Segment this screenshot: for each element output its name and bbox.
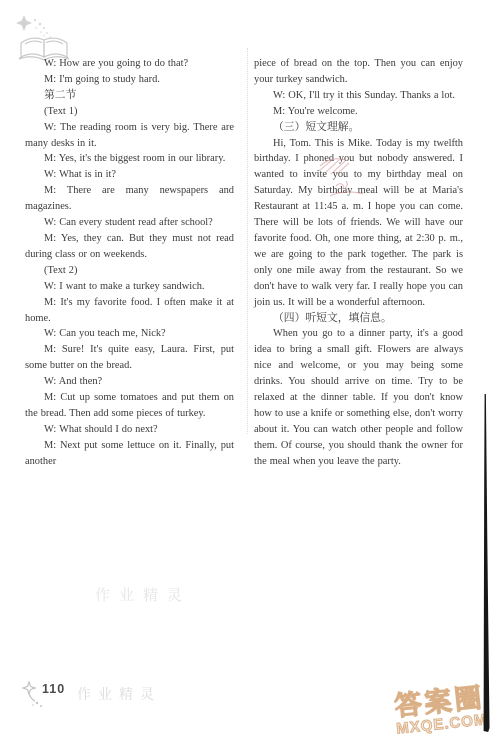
text-line-label: (Text 1) [25, 104, 234, 120]
text-line-para: M: Sure! It's quite easy, Laura. First, … [25, 342, 234, 374]
text-line-dialog: M: It's my favorite food. I often make i… [25, 295, 234, 327]
column-divider [247, 48, 248, 434]
brand-title: 答案圈 [383, 674, 496, 724]
text-line-para: M: Yes, they can. But they must not read… [25, 231, 234, 263]
text-line-dialog: W: Can every student read after school? [25, 215, 234, 231]
sparkles-icon [34, 19, 51, 38]
left-column: W: How are you going to do that?M: I'm g… [25, 56, 234, 470]
text-line-para: Hi, Tom. This is Mike. Today is my twelf… [254, 136, 463, 311]
text-line-heading: （三）短文理解。 [254, 120, 463, 136]
page-number: 110 [42, 682, 65, 696]
faint-watermark: 作业精灵 [77, 684, 161, 704]
text-line-label: (Text 2) [25, 263, 234, 279]
text-line-dialog: W: Can you teach me, Nick? [25, 326, 234, 342]
text-line-para: M: Next put some lettuce on it. Finally,… [25, 438, 234, 470]
right-column: piece of bread on the top. Then you can … [254, 56, 463, 470]
text-line-dialog: W: And then? [25, 374, 234, 390]
text-line-dialog: M: You're welcome. [254, 104, 463, 120]
brand-site: MXQE.COM [386, 710, 497, 736]
text-line-para: M: Cut up some tomatoes and put them on … [25, 390, 234, 422]
text-line-dialog: W: OK, I'll try it this Sunday. Thanks a… [254, 88, 463, 104]
text-line-dialog: W: What is in it? [25, 167, 234, 183]
text-line-heading: 第二节 [25, 88, 234, 104]
text-line-dialog: W: How are you going to do that? [25, 56, 234, 72]
scanned-textbook-page: W: How are you going to do that?M: I'm g… [0, 0, 500, 736]
brand-watermark: 答案圈 MXQE.COM [383, 674, 498, 736]
text-line-continuation: piece of bread on the top. Then you can … [254, 56, 463, 88]
page-edge-shadow-bar [484, 394, 490, 732]
text-line-heading: （四）听短文，填信息。 [254, 311, 463, 327]
text-line-dialog: M: There are many newspapers and magazin… [25, 183, 234, 215]
text-line-dialog: W: What should I do next? [25, 422, 234, 438]
text-line-para: W: The reading room is very big. There a… [25, 120, 234, 152]
text-line-dialog: W: I want to make a turkey sandwich. [25, 279, 234, 295]
faint-watermark: 作业精灵 [95, 584, 191, 605]
star-icon [16, 15, 32, 31]
text-line-para: When you go to a dinner party, it's a go… [254, 326, 463, 469]
text-line-dialog: M: Yes, it's the biggest room in our lib… [25, 151, 234, 167]
text-line-dialog: M: I'm going to study hard. [25, 72, 234, 88]
